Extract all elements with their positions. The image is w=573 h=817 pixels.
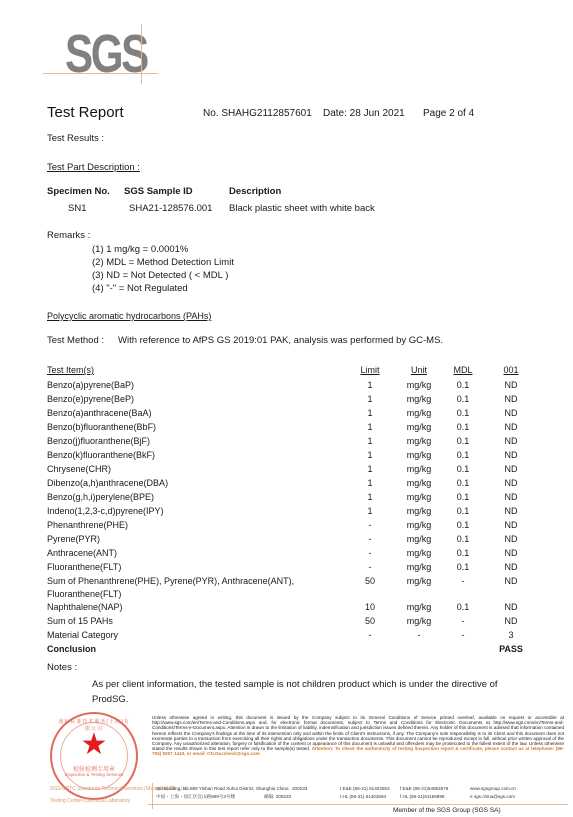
table-row: Material Category---3 [47,629,537,643]
cell-limit: 1 [343,477,397,491]
remark-item: (1) 1 mg/kg = 0.0001% [92,244,188,255]
cell-result-001: ND [485,615,537,629]
conclusion-label: Conclusion [47,643,343,657]
footer-vertical-rule [152,783,153,809]
cell-test-item: Indeno(1,2,3-c,d)pyrene(IPY) [47,505,343,519]
star-icon: ★ [52,730,136,760]
sgs-group-member-note: Member of the SGS Group (SGS SA) [393,807,501,814]
remark-item: (3) ND = Not Detected ( < MDL ) [92,270,228,281]
table-row: Benzo(b)fluoranthene(BbF)1mg/kg0.1ND [47,421,537,435]
col-header-mdl: MDL [441,364,485,379]
email: e sgs.china@sgs.com [470,794,515,799]
cell-unit: mg/kg [397,547,441,561]
website: www.sgsgroup.com.cn [470,786,516,791]
cell-unit: mg/kg [397,407,441,421]
cell-mdl: - [441,615,485,629]
table-row: Anthracene(ANT)-mg/kg0.1ND [47,547,537,561]
cell-limit: 10 [343,601,397,615]
cell-test-item: Benzo(e)pyrene(BeP) [47,393,343,407]
pahs-section-title: Polycyclic aromatic hydrocarbons (PAHs) [47,311,211,321]
cell-unit: - [397,629,441,643]
cell-test-item: Naphthalene(NAP) [47,601,343,615]
test-method-value: With reference to AfPS GS 2019:01 PAK, a… [118,335,443,346]
cell-test-item: Chrysene(CHR) [47,463,343,477]
table-row: Benzo(g,h,i)perylene(BPE)1mg/kg0.1ND [47,491,537,505]
postcode-cn: 邮编: 200233 [264,794,291,800]
pahs-results-table: Test Item(s) Limit Unit MDL 001 Benzo(a)… [47,364,537,657]
stamp-en-label: Inspection & Testing Services [52,772,136,777]
cell-mdl: 0.1 [441,519,485,533]
cell-test-item: Sum of Phenanthrene(PHE), Pyrene(PYR), A… [47,575,343,601]
cell-limit: 50 [343,615,397,629]
cell-mdl: 0.1 [441,505,485,519]
cell-result-001: ND [485,533,537,547]
cell-unit: mg/kg [397,533,441,547]
cell-result-001: 3 [485,629,537,643]
cell-limit: 1 [343,463,397,477]
legal-disclaimer: Unless otherwise agreed in writing, this… [152,715,564,757]
cell-mdl: 0.1 [441,421,485,435]
cell-limit: - [343,519,397,533]
cell-test-item: Phenanthrene(PHE) [47,519,343,533]
cell-result-001: ND [485,505,537,519]
table-row: Benzo(a)anthracene(BaA)1mg/kg0.1ND [47,407,537,421]
cell-limit: 1 [343,393,397,407]
cell-unit: mg/kg [397,575,441,601]
test-method-label: Test Method : [47,335,104,346]
remark-item: (4) "-" = Not Regulated [92,283,188,294]
cell-test-item: Benzo(k)fluoranthene(BkF) [47,449,343,463]
table-row: Benzo(k)fluoranthene(BkF)1mg/kg0.1ND [47,449,537,463]
cell-limit: 1 [343,379,397,393]
table-row: Sum of 15 PAHs50mg/kg-ND [47,615,537,629]
cell-limit: 1 [343,435,397,449]
description-header: Description [229,186,281,197]
cell-mdl: 0.1 [441,601,485,615]
tel-2: t HL (86-21) 61402594 [340,794,386,799]
cell-mdl: 0.1 [441,561,485,575]
cell-unit: mg/kg [397,615,441,629]
cell-result-001: ND [485,575,537,601]
conclusion-result: PASS [485,643,537,657]
cell-test-item: Sum of 15 PAHs [47,615,343,629]
sample-id-value: SHA21-128576.001 [129,203,212,214]
conclusion-row: ConclusionPASS [47,643,537,657]
table-row: Naphthalene(NAP)10mg/kg0.1ND [47,601,537,615]
footer-rule [148,804,568,805]
notes-label: Notes : [47,662,77,673]
remarks-label: Remarks : [47,230,90,241]
specimen-no-value: SN1 [68,203,86,214]
col-header-result-001: 001 [485,364,537,379]
cell-result-001: ND [485,491,537,505]
cell-limit: 1 [343,421,397,435]
test-results-label: Test Results : [47,133,104,144]
table-row: Chrysene(CHR)1mg/kg0.1ND [47,463,537,477]
cell-mdl: 0.1 [441,477,485,491]
table-row: Benzo(j)fluoranthene(BjF)1mg/kg0.1ND [47,435,537,449]
cell-unit: mg/kg [397,561,441,575]
cell-result-001: ND [485,393,537,407]
cell-result-001: ND [485,407,537,421]
cell-mdl: - [441,575,485,601]
cell-mdl: 0.1 [441,491,485,505]
cell-limit: 50 [343,575,397,601]
cell-unit: mg/kg [397,601,441,615]
sgs-logo-text: SGS [65,24,147,84]
cell-result-001: ND [485,561,537,575]
cell-unit: mg/kg [397,435,441,449]
report-title: Test Report [47,104,124,121]
cell-unit: mg/kg [397,449,441,463]
table-row: Pyrene(PYR)-mg/kg0.1ND [47,533,537,547]
cell-result-001: ND [485,449,537,463]
cell-limit: - [343,629,397,643]
remark-item: (2) MDL = Method Detection Limit [92,257,234,268]
cell-result-001: ND [485,435,537,449]
cell-result-001: ND [485,477,537,491]
cell-unit: mg/kg [397,463,441,477]
cell-result-001: ND [485,547,537,561]
cell-test-item: Benzo(a)anthracene(BaA) [47,407,343,421]
table-row: Sum of Phenanthrene(PHE), Pyrene(PYR), A… [47,575,537,601]
cell-limit: - [343,533,397,547]
table-row: Dibenzo(a,h)anthracene(DBA)1mg/kg0.1ND [47,477,537,491]
cell-mdl: 0.1 [441,533,485,547]
cell-limit: 1 [343,505,397,519]
cell-limit: 1 [343,407,397,421]
cell-mdl: 0.1 [441,547,485,561]
table-row: Benzo(a)pyrene(BaP)1mg/kg0.1ND [47,379,537,393]
tel-1: t E&E (86-21) 61402553 [340,786,390,791]
cell-mdl: - [441,629,485,643]
cell-result-001: ND [485,421,537,435]
cell-unit: mg/kg [397,421,441,435]
table-header-row: Test Item(s) Limit Unit MDL 001 [47,364,537,379]
cell-test-item: Dibenzo(a,h)anthracene(DBA) [47,477,343,491]
table-row: Indeno(1,2,3-c,d)pyrene(IPY)1mg/kg0.1ND [47,505,537,519]
cell-test-item: Pyrene(PYR) [47,533,343,547]
col-header-limit: Limit [343,364,397,379]
address-cn: 中国・上海・徐汇区宜山路889号3号楼 [156,794,235,800]
fax-1: f E&E (86-21)64953679 [400,786,448,791]
cell-test-item: Benzo(g,h,i)perylene(BPE) [47,491,343,505]
cell-result-001: ND [485,519,537,533]
col-header-unit: Unit [397,364,441,379]
cell-mdl: 0.1 [441,393,485,407]
report-number: No. SHAHG2112857601 [203,108,312,119]
cell-mdl: 0.1 [441,407,485,421]
cell-mdl: 0.1 [441,379,485,393]
chop-line-2: Testing Center-Chemical Laboratory [50,798,130,804]
logo-crosshair-vertical [141,24,142,84]
postcode-en: 200233 [292,786,307,791]
cell-limit: - [343,561,397,575]
cell-test-item: Benzo(j)fluoranthene(BjF) [47,435,343,449]
test-part-description-heading: Test Part Description : [47,162,140,173]
cell-test-item: Benzo(b)fluoranthene(BbF) [47,421,343,435]
cell-mdl: 0.1 [441,449,485,463]
address-en: 3rd Building, No.889 Yishan Road Xuhui D… [156,786,289,791]
cell-mdl: 0.1 [441,463,485,477]
table-row: Fluoranthene(FLT)-mg/kg0.1ND [47,561,537,575]
cell-result-001: ND [485,601,537,615]
report-date: Date: 28 Jun 2021 [323,108,405,119]
cell-limit: 1 [343,491,397,505]
cell-unit: mg/kg [397,477,441,491]
cell-unit: mg/kg [397,379,441,393]
fax-2: f HL (86-21)61156899 [400,794,444,799]
sgs-logo: SGS [43,24,158,84]
col-header-test-item: Test Item(s) [47,364,343,379]
cell-unit: mg/kg [397,393,441,407]
cell-test-item: Anthracene(ANT) [47,547,343,561]
cell-result-001: ND [485,463,537,477]
cell-test-item: Material Category [47,629,343,643]
sample-id-header: SGS Sample ID [124,186,193,197]
notes-text: As per client information, the tested sa… [92,677,512,707]
cell-unit: mg/kg [397,505,441,519]
table-row: Benzo(e)pyrene(BeP)1mg/kg0.1ND [47,393,537,407]
cell-unit: mg/kg [397,519,441,533]
cell-limit: - [343,547,397,561]
cell-test-item: Fluoranthene(FLT) [47,561,343,575]
cell-test-item: Benzo(a)pyrene(BaP) [47,379,343,393]
page-indicator: Page 2 of 4 [423,108,474,119]
cell-result-001: ND [485,379,537,393]
cell-limit: 1 [343,449,397,463]
description-value: Black plastic sheet with white back [229,203,375,214]
specimen-no-header: Specimen No. [47,186,110,197]
cell-unit: mg/kg [397,491,441,505]
table-row: Phenanthrene(PHE)-mg/kg0.1ND [47,519,537,533]
cell-mdl: 0.1 [441,435,485,449]
